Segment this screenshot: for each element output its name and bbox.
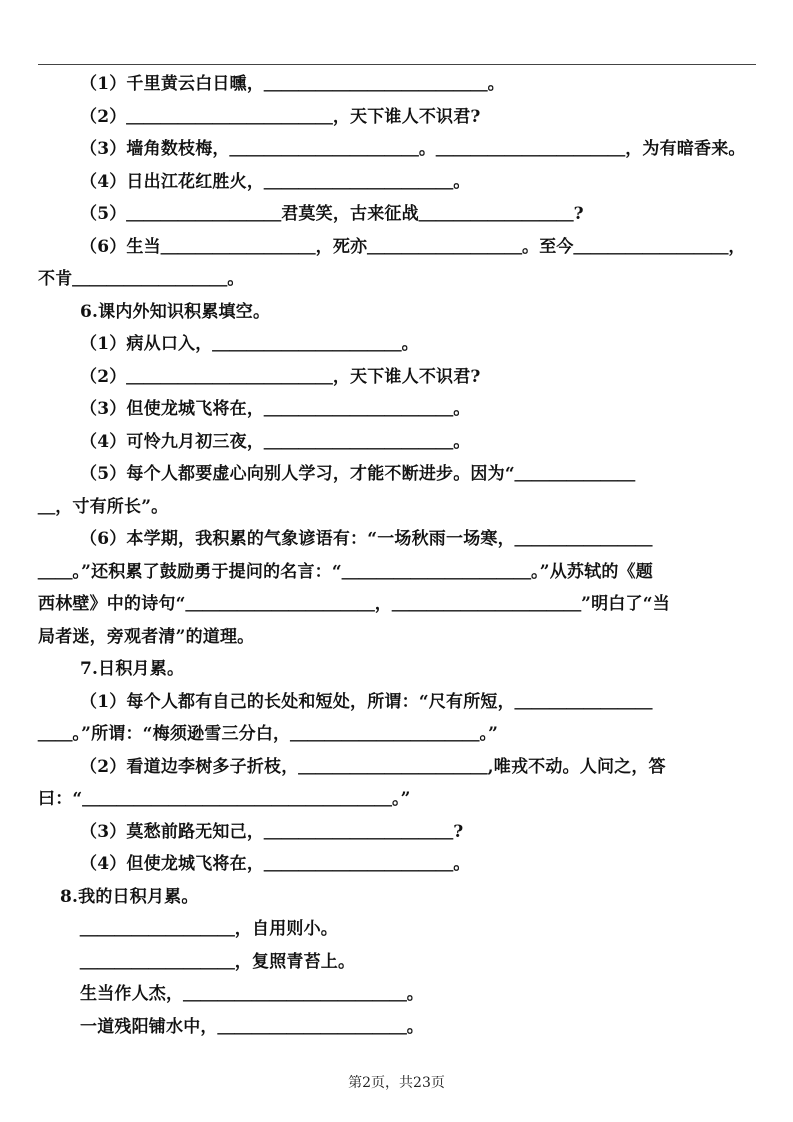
s7-item-4: （4）但使龙城飞将在，＿＿＿＿＿＿＿＿＿＿＿。 [38,848,756,881]
document-body: （1）千里黄云白日曛，＿＿＿＿＿＿＿＿＿＿＿＿＿。 （2）＿＿＿＿＿＿＿＿＿＿＿… [38,68,756,1043]
s7-item-2: （2）看道边李树多子折枝，＿＿＿＿＿＿＿＿＿＿＿,唯戎不动。人问之，答 [38,751,756,784]
s5-item-3: （3）墙角数枝梅，＿＿＿＿＿＿＿＿＿＿＿。＿＿＿＿＿＿＿＿＿＿＿，为有暗香来。 [38,133,756,166]
s6-item-2: （2）＿＿＿＿＿＿＿＿＿＿＿＿，天下谁人不识君? [38,361,756,394]
s8-item-1: ＿＿＿＿＿＿＿＿＿，自用则小。 [38,913,756,946]
s8-item-2: ＿＿＿＿＿＿＿＿＿，复照青苔上。 [38,946,756,979]
page-number: 第2页，共23页 [0,1072,793,1092]
header-rule [38,64,756,65]
s6-item-6-cont3: 局者迷，旁观者清”的道理。 [38,621,756,654]
s5-item-6-cont: 不肯＿＿＿＿＿＿＿＿＿。 [38,263,756,296]
s5-item-1: （1）千里黄云白日曛，＿＿＿＿＿＿＿＿＿＿＿＿＿。 [38,68,756,101]
s6-item-6: （6）本学期，我积累的气象谚语有：“一场秋雨一场寒，＿＿＿＿＿＿＿＿ [38,523,756,556]
s7-item-1-cont: ＿＿。”所谓：“梅须逊雪三分白，＿＿＿＿＿＿＿＿＿＿＿。” [38,718,756,751]
s5-item-4: （4）日出江花红胜火，＿＿＿＿＿＿＿＿＿＿＿。 [38,166,756,199]
s6-item-1: （1）病从口入，＿＿＿＿＿＿＿＿＿＿＿。 [38,328,756,361]
section6-title: 6.课内外知识积累填空。 [38,296,756,329]
s5-item-5: （5）＿＿＿＿＿＿＿＿＿君莫笑，古来征战＿＿＿＿＿＿＿＿＿? [38,198,756,231]
s5-item-6: （6）生当＿＿＿＿＿＿＿＿＿，死亦＿＿＿＿＿＿＿＿＿。至今＿＿＿＿＿＿＿＿＿， [38,231,756,264]
s5-item-2: （2）＿＿＿＿＿＿＿＿＿＿＿＿，天下谁人不识君? [38,101,756,134]
s6-item-3: （3）但使龙城飞将在，＿＿＿＿＿＿＿＿＿＿＿。 [38,393,756,426]
s7-item-3: （3）莫愁前路无知己，＿＿＿＿＿＿＿＿＿＿＿? [38,816,756,849]
s8-item-3: 生当作人杰，＿＿＿＿＿＿＿＿＿＿＿＿＿。 [38,978,756,1011]
s6-item-5: （5）每个人都要虚心向别人学习，才能不断进步。因为“＿＿＿＿＿＿＿ [38,458,756,491]
s6-item-6-cont1: ＿＿。”还积累了鼓励勇于提问的名言：“＿＿＿＿＿＿＿＿＿＿＿。”从苏轼的《题 [38,556,756,589]
section7-title: 7.日积月累。 [38,653,756,686]
s6-item-5-cont: ＿，寸有所长”。 [38,491,756,524]
s6-item-4: （4）可怜九月初三夜，＿＿＿＿＿＿＿＿＿＿＿。 [38,426,756,459]
s6-item-6-cont2: 西林壁》中的诗句“＿＿＿＿＿＿＿＿＿＿＿，＿＿＿＿＿＿＿＿＿＿＿”明白了“当 [38,588,756,621]
s7-item-1: （1）每个人都有自己的长处和短处，所谓：“尺有所短，＿＿＿＿＿＿＿＿ [38,686,756,719]
s7-item-2-cont: 曰：“＿＿＿＿＿＿＿＿＿＿＿＿＿＿＿＿＿＿。” [38,783,756,816]
s8-item-4: 一道残阳铺水中，＿＿＿＿＿＿＿＿＿＿＿。 [38,1011,756,1044]
section8-title: 8.我的日积月累。 [38,881,756,914]
